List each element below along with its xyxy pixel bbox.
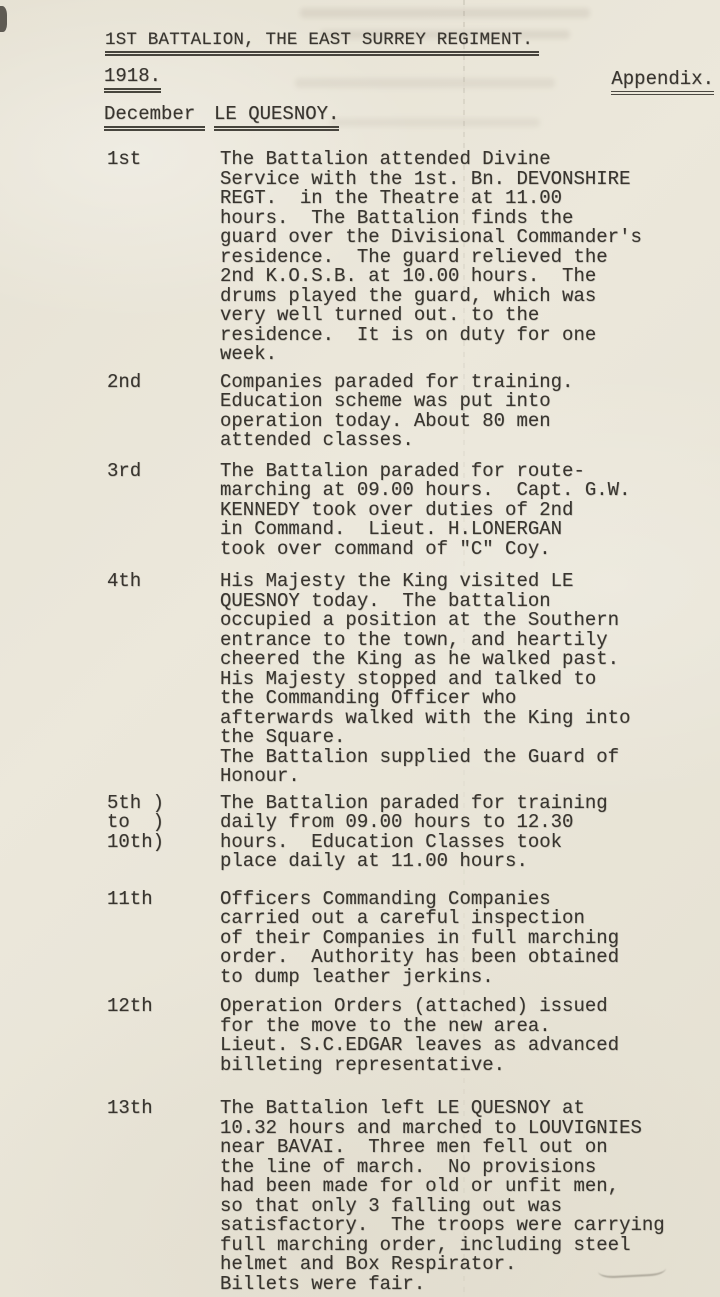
diary-entry: 11th Officers Commanding Companiescarrie… — [107, 890, 720, 988]
entry-text-line: week. — [220, 345, 720, 365]
entry-text-line: residence. It is on duty for one — [220, 326, 720, 346]
entry-text-line: order. Authority has been obtained — [220, 948, 720, 968]
entry-date-line: 11th — [107, 890, 220, 910]
entry-text-line: satisfactory. The troops were carrying — [220, 1216, 720, 1236]
entry-text-line: cheered the King as he walked past. — [220, 650, 720, 670]
entry-text-line: near BAVAI. Three men fell out on — [220, 1138, 720, 1158]
entry-date-line: 4th — [107, 572, 220, 592]
entry-text-line: attended classes. — [220, 431, 720, 451]
entry-text-line: took over command of "C" Coy. — [220, 540, 720, 560]
ink-bleedthrough-smudge — [300, 8, 590, 18]
diary-entry: 1st The Battalion attended DivineService… — [107, 150, 720, 365]
entry-date-line: 12th — [107, 997, 220, 1017]
entry-text: Operation Orders (attached) issuedfor th… — [220, 997, 720, 1075]
diary-entry: 13th The Battalion left LE QUESNOY at10.… — [107, 1099, 720, 1294]
entry-date: 11th — [107, 890, 220, 910]
entry-text-line: Education scheme was put into — [220, 392, 720, 412]
entry-text: The Battalion paraded for trainingdaily … — [220, 794, 720, 872]
entry-text-line: 2nd K.O.S.B. at 10.00 hours. The — [220, 267, 720, 287]
entry-text: The Battalion left LE QUESNOY at10.32 ho… — [220, 1099, 720, 1294]
entry-date: 5th )to )10th) — [107, 794, 220, 853]
entry-text-line: the Commanding Officer who — [220, 689, 720, 709]
entry-text: The Battalion paraded for route-marching… — [220, 462, 720, 560]
ink-bleedthrough-smudge — [330, 118, 540, 127]
entry-text-line: billeting representative. — [220, 1056, 720, 1076]
entry-text-line: to dump leather jerkins. — [220, 968, 720, 988]
entry-date: 12th — [107, 997, 220, 1017]
entry-date: 13th — [107, 1099, 220, 1119]
entry-date: 1st — [107, 150, 220, 170]
entry-text-line: Lieut. S.C.EDGAR leaves as advanced — [220, 1036, 720, 1056]
entry-text-line: helmet and Box Respirator. — [220, 1255, 720, 1275]
entry-text-line: The Battalion attended Divine — [220, 150, 720, 170]
entry-text-line: Honour. — [220, 767, 720, 787]
diary-entry: 2nd Companies paraded for training.Educa… — [107, 373, 720, 451]
entry-text-line: occupied a position at the Southern — [220, 611, 720, 631]
diary-entry: 4th His Majesty the King visited LEQUESN… — [107, 572, 720, 787]
entry-date: 3rd — [107, 462, 220, 482]
appendix-label: Appendix. — [611, 70, 714, 95]
ink-bleedthrough-smudge — [295, 78, 555, 88]
year-heading: 1918. — [104, 67, 161, 93]
month-heading: December — [104, 105, 205, 131]
document-title: 1ST BATTALION, THE EAST SURREY REGIMENT. — [105, 30, 539, 56]
entry-text-line: very well turned out. to the — [220, 306, 720, 326]
entry-date-line: 1st — [107, 150, 220, 170]
entry-date-line: 13th — [107, 1099, 220, 1119]
entry-text-line: His Majesty the King visited LE — [220, 572, 720, 592]
diary-entry: 3rd The Battalion paraded for route-marc… — [107, 462, 720, 560]
entry-text-line: in Command. Lieut. H.LONERGAN — [220, 520, 720, 540]
entry-date-line: to ) — [107, 813, 220, 833]
entry-text-line: The Battalion left LE QUESNOY at — [220, 1099, 720, 1119]
entry-date-line: 3rd — [107, 462, 220, 482]
diary-entry: 12th Operation Orders (attached) issuedf… — [107, 997, 720, 1075]
entry-text-line: daily from 09.00 hours to 12.30 — [220, 813, 720, 833]
entry-text: Officers Commanding Companiescarried out… — [220, 890, 720, 988]
entry-text-line: carried out a careful inspection — [220, 909, 720, 929]
diary-entry: 5th )to )10th) The Battalion paraded for… — [107, 794, 720, 872]
entry-text-line: the Square. — [220, 728, 720, 748]
document-page: 1ST BATTALION, THE EAST SURREY REGIMENT.… — [0, 0, 720, 1297]
entry-text: The Battalion attended DivineService wit… — [220, 150, 720, 365]
entry-text-line: guard over the Divisional Commander's — [220, 228, 720, 248]
entry-date-line: 2nd — [107, 373, 220, 393]
diary-entries: 1st The Battalion attended DivineService… — [107, 150, 720, 1294]
entry-text-line: marching at 09.00 hours. Capt. G.W. — [220, 481, 720, 501]
location-heading: LE QUESNOY. — [214, 105, 339, 131]
entry-date-line: 10th) — [107, 833, 220, 853]
entry-text-line: place daily at 11.00 hours. — [220, 852, 720, 872]
scan-edge-mark — [0, 6, 7, 32]
entry-text-line: had been made for old or unfit men, — [220, 1177, 720, 1197]
entry-text: His Majesty the King visited LEQUESNOY t… — [220, 572, 720, 787]
entry-text-line: Operation Orders (attached) issued — [220, 997, 720, 1017]
entry-text: Companies paraded for training.Education… — [220, 373, 720, 451]
entry-text-line: REGT. in the Theatre at 11.00 — [220, 189, 720, 209]
entry-text-line: Billets were fair. — [220, 1275, 720, 1295]
entry-date: 2nd — [107, 373, 220, 393]
entry-date: 4th — [107, 572, 220, 592]
